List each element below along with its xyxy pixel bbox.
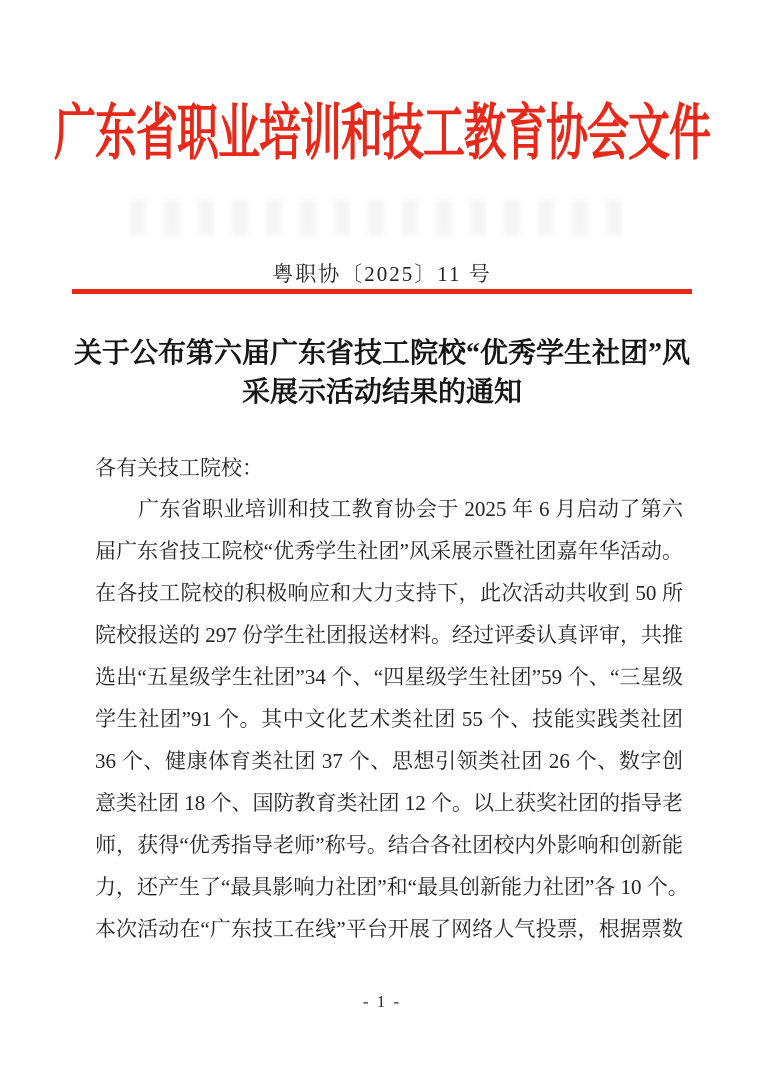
body-line: 广东省职业培训和技工教育协会于 2025 年 6 月启动了第六: [95, 488, 683, 530]
body-line: 在各技工院校的积极响应和大力支持下，此次活动共收到 50 所: [95, 572, 683, 614]
doc-number: 粤职协〔2025〕11 号: [0, 258, 764, 288]
body-line: 届广东省技工院校“优秀学生社团”风采展示暨社团嘉年华活动。: [95, 530, 683, 572]
body-line: 力，还产生了“最具影响力社团”和“最具创新能力社团”各 10 个。: [95, 866, 683, 908]
salutation: 各有关技工院校：: [95, 452, 685, 482]
body-line: 本次活动在“广东技工在线”平台开展了网络人气投票，根据票数: [95, 908, 683, 950]
body-line: 学生社团”91 个。其中文化艺术类社团 55 个、技能实践类社团: [95, 698, 683, 740]
body-line: 36 个、健康体育类社团 37 个、思想引领类社团 26 个、数字创: [95, 740, 683, 782]
org-title: 广东省职业培训和技工教育协会文件: [54, 104, 710, 165]
body-line: 院校报送的 297 份学生社团报送材料。经过评委认真评审，共推: [95, 614, 683, 656]
scan-bleed-artifact: [130, 200, 640, 236]
body-line: 意类社团 18 个、国防教育类社团 12 个。以上获奖社团的指导老: [95, 782, 683, 824]
body-line: 师，获得“优秀指导老师”称号。结合各社团校内外影响和创新能: [95, 824, 683, 866]
red-divider-line: [72, 289, 692, 294]
body-paragraph: 广东省职业培训和技工教育协会于 2025 年 6 月启动了第六 届广东省技工院校…: [95, 488, 683, 950]
document-title-line: 关于公布第六届广东省技工院校“优秀学生社团”风: [60, 334, 704, 373]
document-title: 关于公布第六届广东省技工院校“优秀学生社团”风 采展示活动结果的通知: [60, 334, 704, 412]
document-title-line: 采展示活动结果的通知: [60, 373, 704, 412]
document-page: 广东省职业培训和技工教育协会文件 粤职协〔2025〕11 号 关于公布第六届广东…: [0, 0, 764, 1080]
body-line: 选出“五星级学生社团”34 个、“四星级学生社团”59 个、“三星级: [95, 656, 683, 698]
page-number: - 1 -: [0, 992, 764, 1012]
letterhead: 广东省职业培训和技工教育协会文件: [0, 104, 764, 146]
